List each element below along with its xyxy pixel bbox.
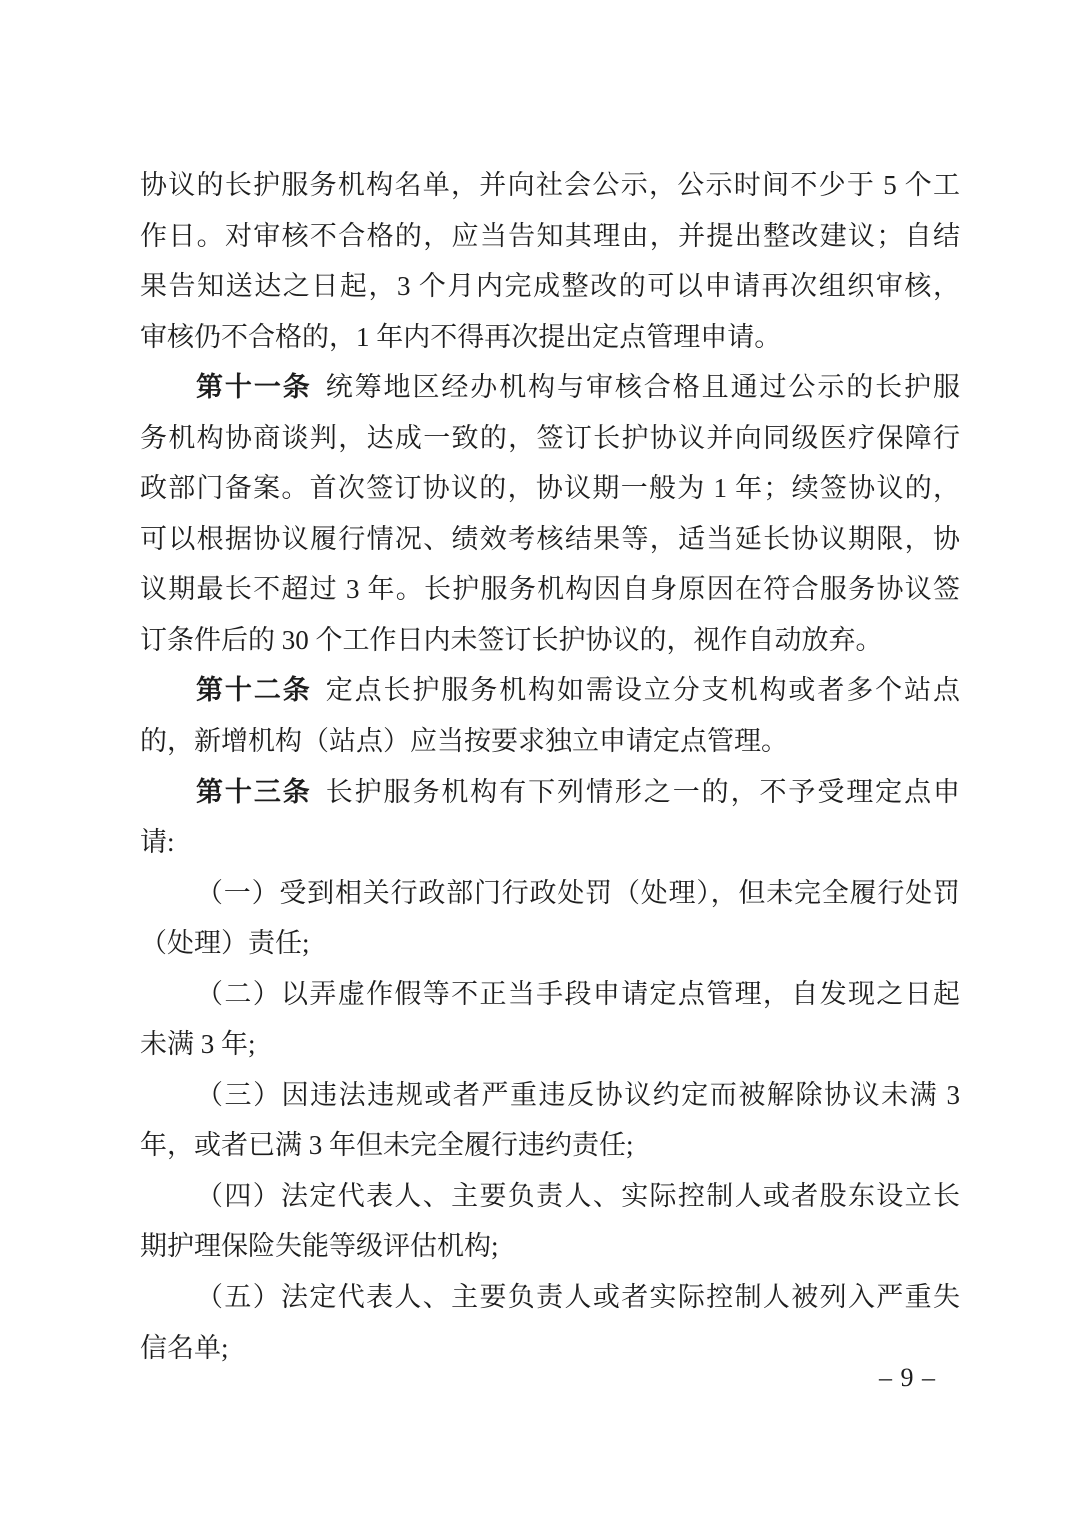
- text-line: 审核仍不合格的，1 年内不得再次提出定点管理申请。: [140, 312, 960, 363]
- text-line: （五）法定代表人、主要负责人或者实际控制人被列入严重失: [140, 1272, 960, 1323]
- line-text: 请:: [140, 827, 175, 857]
- line-text: 议期最长不超过 3 年。长护服务机构因自身原因在符合服务协议签: [140, 574, 960, 604]
- article-heading: 第十三条: [196, 777, 312, 807]
- text-line: （四）法定代表人、主要负责人、实际控制人或者股东设立长: [140, 1171, 960, 1222]
- line-text: （三）因违法违规或者严重违反协议约定而被解除协议未满 3: [196, 1080, 960, 1110]
- line-text: （处理）责任;: [140, 928, 310, 958]
- text-line: 的，新增机构（站点）应当按要求独立申请定点管理。: [140, 716, 960, 767]
- text-line: 议期最长不超过 3 年。长护服务机构因自身原因在符合服务协议签: [140, 564, 960, 615]
- page-number: – 9 –: [879, 1363, 936, 1393]
- line-text: 政部门备案。首次签订协议的，协议期一般为 1 年；续签协议的，: [140, 473, 960, 503]
- document-body: 协议的长护服务机构名单，并向社会公示，公示时间不少于 5 个工作日。对审核不合格…: [140, 160, 960, 1373]
- text-line: 第十三条长护服务机构有下列情形之一的，不予受理定点申: [140, 767, 960, 818]
- line-text: 长护服务机构有下列情形之一的，不予受理定点申: [326, 777, 960, 807]
- text-line: （一）受到相关行政部门行政处罚（处理），但未完全履行处罚: [140, 868, 960, 919]
- text-line: 果告知送达之日起，3 个月内完成整改的可以申请再次组织审核，: [140, 261, 960, 312]
- text-line: （三）因违法违规或者严重违反协议约定而被解除协议未满 3: [140, 1070, 960, 1121]
- text-line: 信名单;: [140, 1323, 960, 1374]
- line-text: 信名单;: [140, 1333, 229, 1363]
- line-text: 未满 3 年;: [140, 1029, 256, 1059]
- text-line: 政部门备案。首次签订协议的，协议期一般为 1 年；续签协议的，: [140, 463, 960, 514]
- text-line: （二）以弄虚作假等不正当手段申请定点管理，自发现之日起: [140, 969, 960, 1020]
- line-text: 审核仍不合格的，1 年内不得再次提出定点管理申请。: [140, 322, 781, 352]
- text-line: 订条件后的 30 个工作日内未签订长护协议的，视作自动放弃。: [140, 615, 960, 666]
- text-line: 期护理保险失能等级评估机构;: [140, 1221, 960, 1272]
- text-line: 第十二条定点长护服务机构如需设立分支机构或者多个站点: [140, 665, 960, 716]
- line-text: 协议的长护服务机构名单，并向社会公示，公示时间不少于 5 个工: [140, 170, 960, 200]
- text-line: 务机构协商谈判，达成一致的，签订长护协议并向同级医疗保障行: [140, 413, 960, 464]
- document-page: 协议的长护服务机构名单，并向社会公示，公示时间不少于 5 个工作日。对审核不合格…: [0, 0, 1074, 1520]
- line-text: （四）法定代表人、主要负责人、实际控制人或者股东设立长: [196, 1181, 960, 1211]
- line-text: 期护理保险失能等级评估机构;: [140, 1231, 499, 1261]
- line-text: 果告知送达之日起，3 个月内完成整改的可以申请再次组织审核，: [140, 271, 960, 301]
- text-line: 未满 3 年;: [140, 1019, 960, 1070]
- article-heading: 第十二条: [196, 675, 312, 705]
- line-text: （一）受到相关行政部门行政处罚（处理），但未完全履行处罚: [196, 878, 960, 908]
- text-line: （处理）责任;: [140, 918, 960, 969]
- line-text: 订条件后的 30 个工作日内未签订长护协议的，视作自动放弃。: [140, 625, 883, 655]
- line-text: 可以根据协议履行情况、绩效考核结果等，适当延长协议期限，协: [140, 524, 960, 554]
- text-line: 协议的长护服务机构名单，并向社会公示，公示时间不少于 5 个工: [140, 160, 960, 211]
- line-text: （五）法定代表人、主要负责人或者实际控制人被列入严重失: [196, 1282, 960, 1312]
- line-text: 统筹地区经办机构与审核合格且通过公示的长护服: [326, 372, 960, 402]
- text-line: 作日。对审核不合格的，应当告知其理由，并提出整改建议；自结: [140, 211, 960, 262]
- article-heading: 第十一条: [196, 372, 312, 402]
- text-line: 年，或者已满 3 年但未完全履行违约责任;: [140, 1120, 960, 1171]
- line-text: （二）以弄虚作假等不正当手段申请定点管理，自发现之日起: [196, 979, 960, 1009]
- text-line: 请:: [140, 817, 960, 868]
- text-line: 第十一条统筹地区经办机构与审核合格且通过公示的长护服: [140, 362, 960, 413]
- line-text: 务机构协商谈判，达成一致的，签订长护协议并向同级医疗保障行: [140, 423, 960, 453]
- line-text: 的，新增机构（站点）应当按要求独立申请定点管理。: [140, 726, 788, 756]
- line-text: 作日。对审核不合格的，应当告知其理由，并提出整改建议；自结: [140, 221, 960, 251]
- text-line: 可以根据协议履行情况、绩效考核结果等，适当延长协议期限，协: [140, 514, 960, 565]
- line-text: 定点长护服务机构如需设立分支机构或者多个站点: [326, 675, 960, 705]
- line-text: 年，或者已满 3 年但未完全履行违约责任;: [140, 1130, 634, 1160]
